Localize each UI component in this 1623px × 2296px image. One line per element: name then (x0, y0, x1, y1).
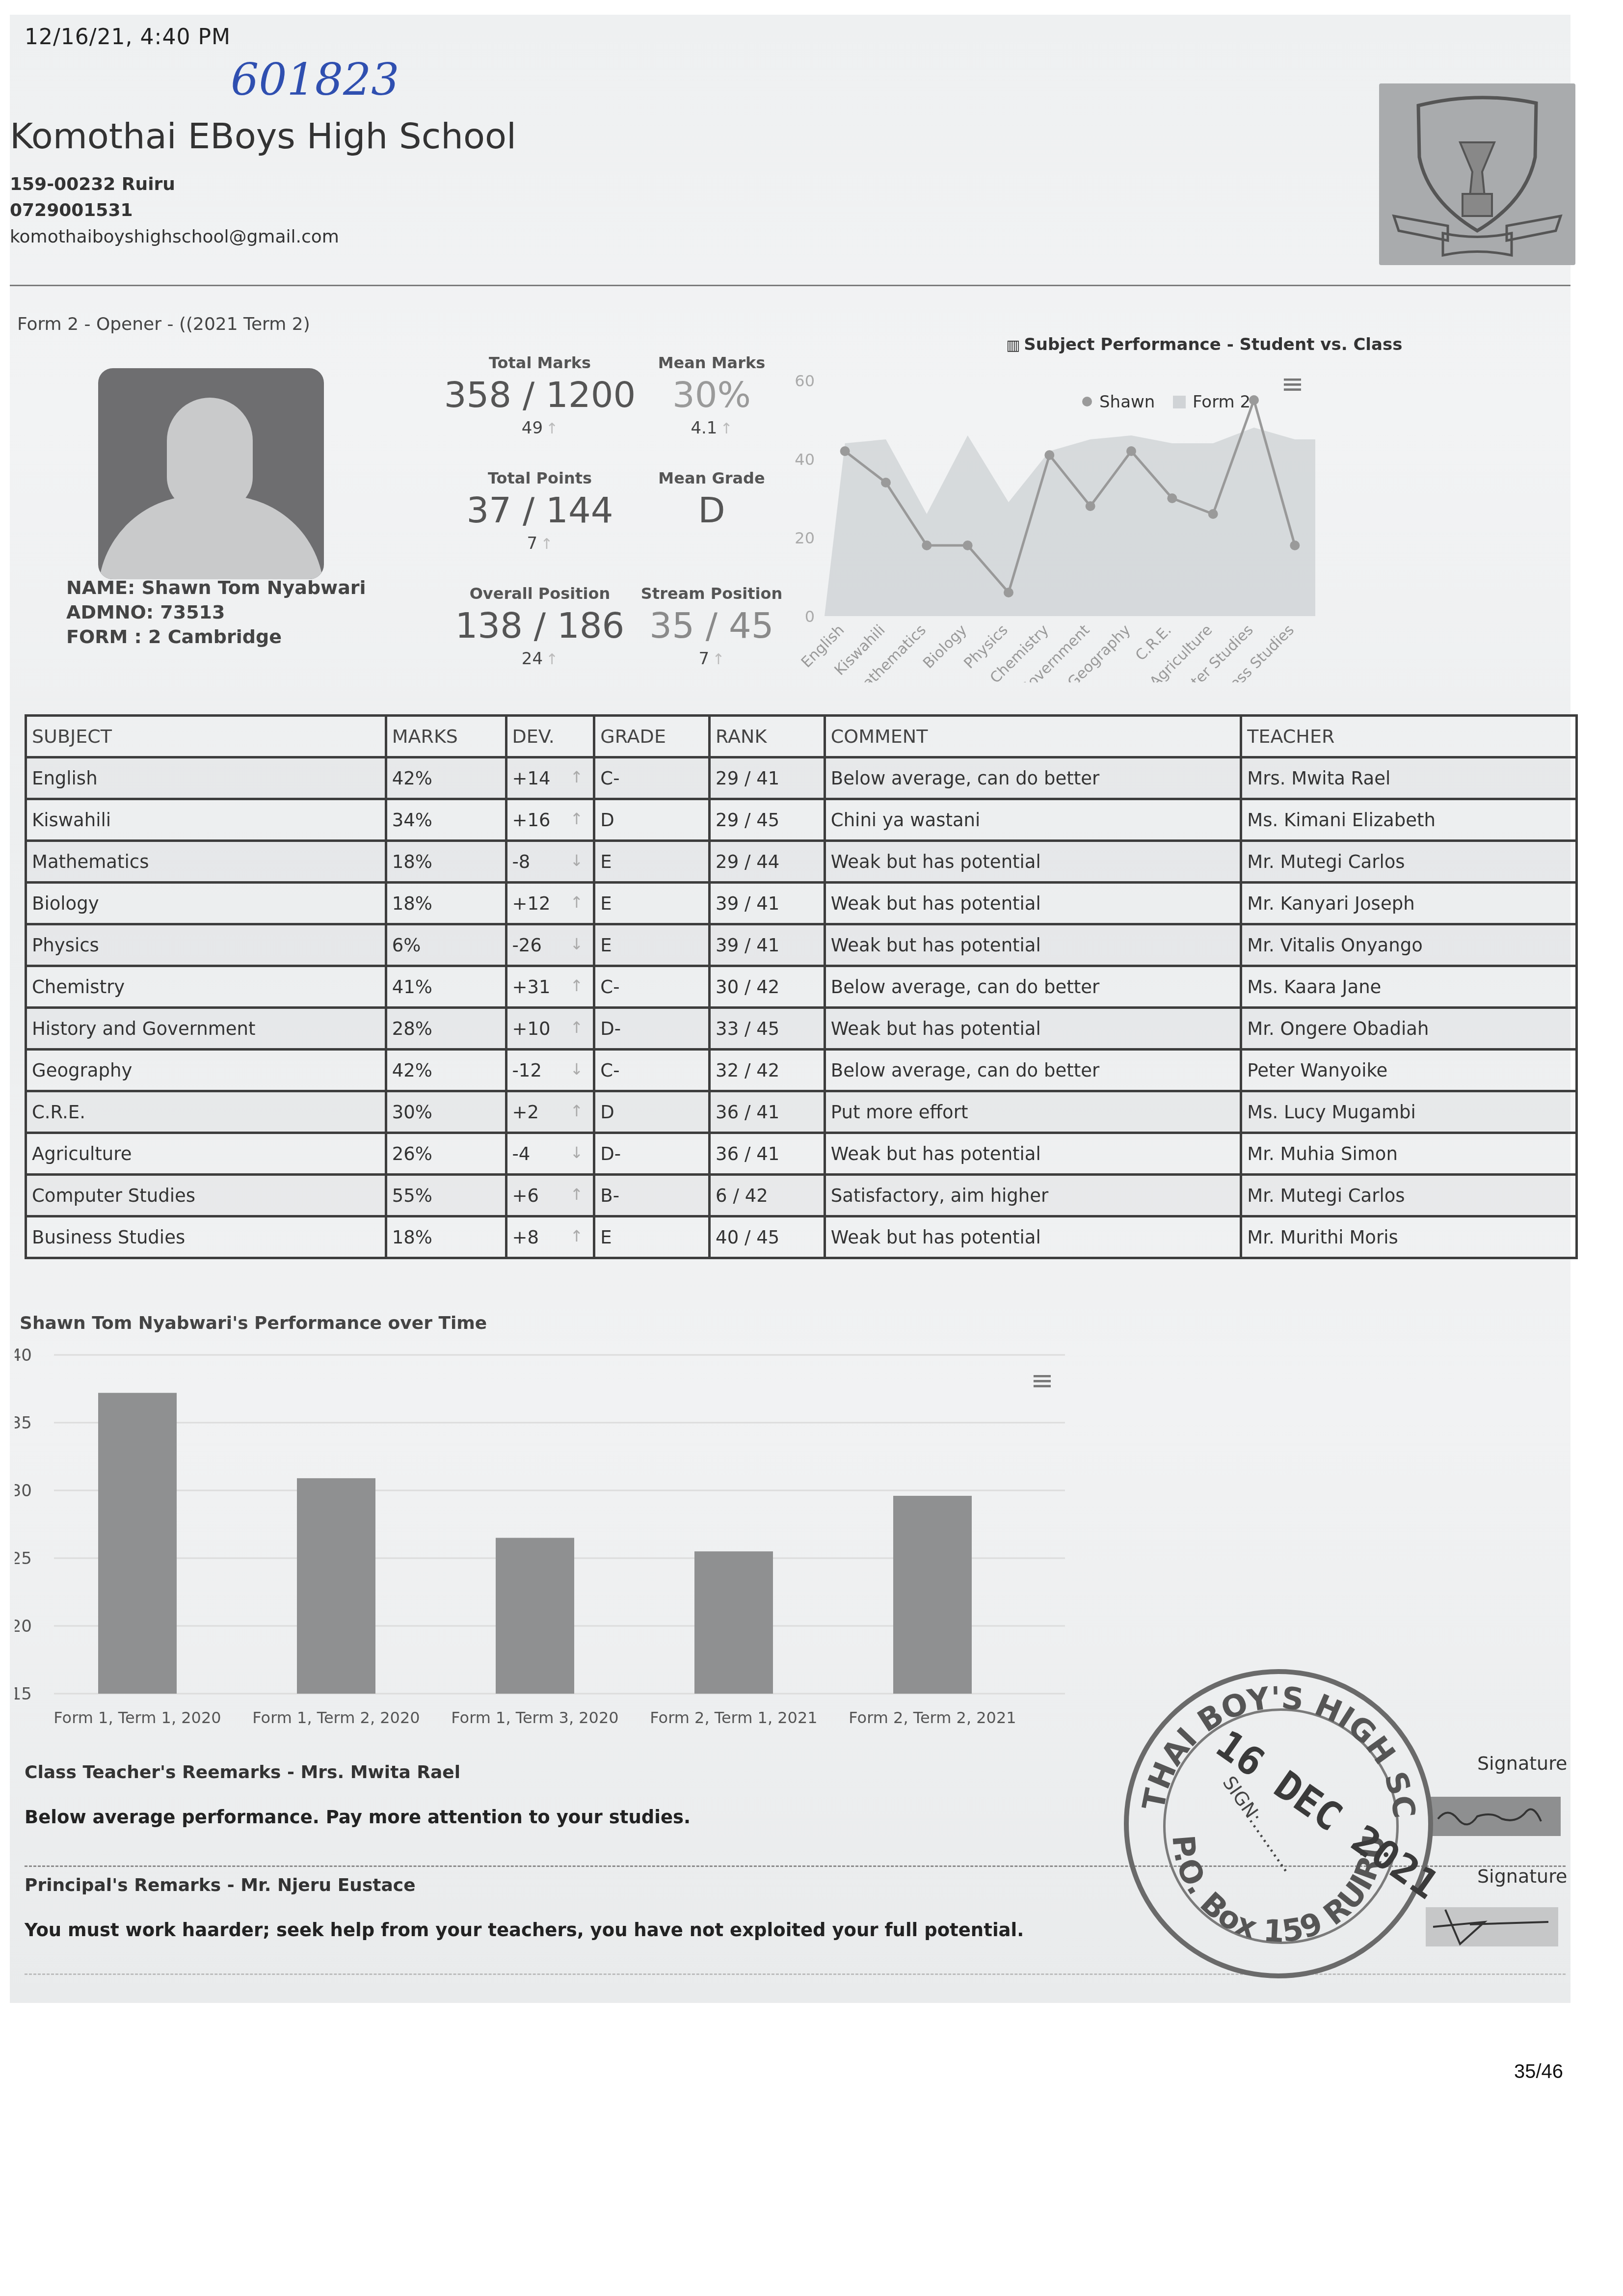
cell-marks: 41% (386, 966, 506, 1008)
svg-text:40: 40 (15, 1346, 32, 1365)
cell-comment: Chini ya wastani (825, 799, 1241, 841)
page-number: 35/46 (1514, 2061, 1563, 2083)
cell-marks-text: 55% (392, 1185, 432, 1206)
cell-dev-text: -26 (512, 935, 542, 956)
cell-marks-text: 30% (392, 1102, 432, 1123)
cell-marks-text: 6% (392, 935, 421, 956)
stat-sub: 24 (522, 649, 543, 669)
cell-dev: +31↑ (506, 966, 594, 1008)
cell-subject-text: C.R.E. (32, 1102, 85, 1123)
arrow-up-icon: ↑ (540, 536, 553, 553)
cell-subject-text: Kiswahili (32, 810, 111, 831)
arrow-up-icon: ↑ (570, 810, 584, 828)
cell-subject-text: Agriculture (32, 1143, 132, 1164)
class-teacher-remarks: Below average performance. Pay more atte… (25, 1807, 691, 1828)
table-row: Geography42%-12↓C-32 / 42Below average, … (26, 1050, 1577, 1091)
student-admno: ADMNO: 73513 (66, 601, 225, 623)
cell-subject: History and Government (26, 1008, 386, 1050)
cell-rank-text: 30 / 42 (716, 976, 779, 998)
cell-subject: Geography (26, 1050, 386, 1091)
arrow-down-icon: ↓ (570, 1060, 584, 1079)
stat-label: Mean Grade (609, 469, 815, 487)
cell-subject-text: Business Studies (32, 1227, 185, 1248)
cell-grade-text: E (600, 851, 612, 872)
cell-rank: 29 / 41 (710, 757, 825, 799)
class-teacher-signature (1428, 1797, 1561, 1836)
cell-grade: C- (594, 757, 710, 799)
cell-teacher: Mr. Vitalis Onyango (1241, 924, 1577, 966)
cell-comment: Weak but has potential (825, 1008, 1241, 1050)
cell-grade-text: D- (600, 1018, 621, 1039)
svg-text:Form 1, Term 1, 2020: Form 1, Term 1, 2020 (53, 1708, 221, 1727)
cell-subject-text: Physics (32, 935, 99, 956)
cell-subject: Chemistry (26, 966, 386, 1008)
cell-comment-text: Weak but has potential (831, 935, 1041, 956)
cell-marks-text: 34% (392, 810, 432, 831)
svg-text:15: 15 (15, 1684, 32, 1704)
cell-comment-text: Weak but has potential (831, 1018, 1041, 1039)
cell-teacher: Ms. Lucy Mugambi (1241, 1091, 1577, 1133)
header-marks: MARKS (386, 716, 506, 757)
cell-teacher-text: Mr. Ongere Obadiah (1247, 1018, 1429, 1039)
arrow-up-icon: ↑ (546, 420, 558, 437)
table-row: Agriculture26%-4↓D-36 / 41Weak but has p… (26, 1133, 1577, 1175)
cell-rank: 29 / 45 (710, 799, 825, 841)
cell-subject: C.R.E. (26, 1091, 386, 1133)
stat-value: D (609, 489, 815, 531)
svg-text:35: 35 (15, 1413, 32, 1433)
cell-marks: 6% (386, 924, 506, 966)
line-chart-title: ▥Subject Performance - Student vs. Class (1006, 335, 1402, 354)
arrow-down-icon: ↓ (570, 851, 584, 870)
svg-text:Form 2: Form 2 (1193, 392, 1251, 412)
cell-subject: Kiswahili (26, 799, 386, 841)
cell-marks-text: 18% (392, 851, 432, 872)
cell-rank-text: 29 / 45 (716, 810, 779, 831)
cell-grade: D (594, 1091, 710, 1133)
principal-signature (1426, 1907, 1558, 1946)
cell-dev: +6↑ (506, 1175, 594, 1216)
cell-rank-text: 39 / 41 (716, 935, 779, 956)
cell-subject-text: Computer Studies (32, 1185, 195, 1206)
cell-comment: Weak but has potential (825, 1133, 1241, 1175)
cell-teacher-text: Ms. Kimani Elizabeth (1247, 810, 1436, 831)
cell-comment: Weak but has potential (825, 841, 1241, 883)
cell-marks: 26% (386, 1133, 506, 1175)
cell-comment-text: Below average, can do better (831, 1060, 1099, 1081)
cell-teacher: Mr. Ongere Obadiah (1241, 1008, 1577, 1050)
table-row: Chemistry41%+31↑C-30 / 42Below average, … (26, 966, 1577, 1008)
cell-rank-text: 29 / 44 (716, 851, 779, 872)
cell-rank: 39 / 41 (710, 883, 825, 924)
cell-rank: 6 / 42 (710, 1175, 825, 1216)
cell-marks: 18% (386, 1216, 506, 1258)
cell-comment: Below average, can do better (825, 966, 1241, 1008)
school-stamp: KOMOTHAI BOY'S HIGH SCHOOL P.O. Box 159 … (1124, 1669, 1433, 1978)
table-row: Mathematics18%-8↓E29 / 44Weak but has po… (26, 841, 1577, 883)
cell-comment-text: Weak but has potential (831, 851, 1041, 872)
school-email: komothaiboyshighschool@gmail.com (10, 227, 339, 247)
subject-performance-chart: 0204060EnglishKiswahiliMathematicsBiolog… (790, 358, 1355, 682)
arrow-up-icon: ↑ (720, 420, 732, 437)
cell-marks: 42% (386, 1050, 506, 1091)
arrow-up-icon: ↑ (546, 651, 558, 668)
cell-dev-text: +10 (512, 1018, 551, 1039)
cell-teacher: Mrs. Mwita Rael (1241, 757, 1577, 799)
arrow-up-icon: ↑ (570, 1185, 584, 1204)
cell-dev: -8↓ (506, 841, 594, 883)
cell-grade: B- (594, 1175, 710, 1216)
cell-dev-text: +8 (512, 1227, 539, 1248)
arrow-up-icon: ↑ (570, 893, 584, 912)
header-teacher: TEACHER (1241, 716, 1577, 757)
svg-text:40: 40 (795, 450, 815, 469)
cell-subject: English (26, 757, 386, 799)
cell-grade: E (594, 1216, 710, 1258)
stat-mean-grade: Mean Grade D (609, 469, 815, 531)
cell-teacher: Mr. Muhia Simon (1241, 1133, 1577, 1175)
cell-grade: D- (594, 1008, 710, 1050)
stat-mean-marks: Mean Marks 30% 4.1↑ (609, 353, 815, 438)
cell-grade-text: E (600, 935, 612, 956)
table-row: Computer Studies55%+6↑B-6 / 42Satisfacto… (26, 1175, 1577, 1216)
stat-value: 35 / 45 (609, 605, 815, 646)
school-crest-icon (1379, 83, 1575, 265)
cell-grade: E (594, 924, 710, 966)
table-row: History and Government28%+10↑D-33 / 45We… (26, 1008, 1577, 1050)
student-form: FORM : 2 Cambridge (66, 626, 282, 648)
cell-dev-text: +14 (512, 768, 551, 789)
cell-marks: 55% (386, 1175, 506, 1216)
cell-subject-text: History and Government (32, 1018, 256, 1039)
results-table: SUBJECT MARKS DEV. GRADE RANK COMMENT TE… (25, 714, 1578, 1259)
table-row: Physics6%-26↓E39 / 41Weak but has potent… (26, 924, 1577, 966)
cell-subject: Business Studies (26, 1216, 386, 1258)
cell-teacher-text: Mr. Muhia Simon (1247, 1143, 1398, 1164)
cell-grade: C- (594, 1050, 710, 1091)
cell-comment: Below average, can do better (825, 757, 1241, 799)
footer-divider (25, 1973, 1566, 1975)
table-row: C.R.E.30%+2↑D36 / 41Put more effortMs. L… (26, 1091, 1577, 1133)
cell-rank: 30 / 42 (710, 966, 825, 1008)
arrow-up-icon: ↑ (570, 1018, 584, 1037)
line-chart-title-text: Subject Performance - Student vs. Class (1024, 335, 1402, 354)
cell-dev-text: +16 (512, 810, 551, 831)
cell-rank: 36 / 41 (710, 1133, 825, 1175)
cell-subject: Physics (26, 924, 386, 966)
cell-comment: Below average, can do better (825, 1050, 1241, 1091)
cell-dev-text: -8 (512, 851, 531, 872)
cell-teacher-text: Mr. Mutegi Carlos (1247, 851, 1405, 872)
cell-subject: Biology (26, 883, 386, 924)
svg-text:Form 2, Term 2, 2021: Form 2, Term 2, 2021 (849, 1708, 1016, 1727)
cell-teacher-text: Mr. Kanyari Joseph (1247, 893, 1414, 914)
avatar-placeholder-icon (98, 368, 324, 579)
handwritten-reference: 601823 (231, 54, 399, 106)
arrow-up-icon: ↑ (570, 1102, 584, 1120)
cell-rank: 33 / 45 (710, 1008, 825, 1050)
svg-text:25: 25 (15, 1549, 32, 1568)
cell-marks-text: 28% (392, 1018, 432, 1039)
cell-rank-text: 29 / 41 (716, 768, 779, 789)
cell-teacher-text: Mr. Vitalis Onyango (1247, 935, 1423, 956)
cell-dev: +14↑ (506, 757, 594, 799)
print-datetime: 12/16/21, 4:40 PM (25, 25, 231, 50)
cell-grade-text: B- (600, 1185, 619, 1206)
header-rank: RANK (710, 716, 825, 757)
student-name: NAME: Shawn Tom Nyabwari (66, 577, 366, 598)
cell-dev: +10↑ (506, 1008, 594, 1050)
stat-sub: 49 (522, 418, 543, 438)
arrow-up-icon: ↑ (570, 1227, 584, 1245)
svg-text:0: 0 (805, 607, 815, 626)
school-phone: 0729001531 (10, 200, 133, 220)
svg-text:Shawn: Shawn (1099, 392, 1155, 412)
table-row: Business Studies18%+8↑E40 / 45Weak but h… (26, 1216, 1577, 1258)
cell-grade-text: C- (600, 976, 619, 998)
cell-marks: 18% (386, 883, 506, 924)
cell-comment: Put more effort (825, 1091, 1241, 1133)
cell-rank: 36 / 41 (710, 1091, 825, 1133)
exam-title: Form 2 - Opener - ((2021 Term 2) (17, 314, 310, 334)
cell-dev: -12↓ (506, 1050, 594, 1091)
cell-comment-text: Below average, can do better (831, 976, 1099, 998)
svg-text:Form 2, Term 1, 2021: Form 2, Term 1, 2021 (650, 1708, 817, 1727)
cell-dev: +12↑ (506, 883, 594, 924)
bar-chart-icon: ▥ (1006, 337, 1020, 354)
svg-text:20: 20 (795, 529, 815, 547)
cell-rank-text: 36 / 41 (716, 1102, 779, 1123)
cell-comment: Satisfactory, aim higher (825, 1175, 1241, 1216)
cell-marks: 34% (386, 799, 506, 841)
cell-teacher-text: Mr. Mutegi Carlos (1247, 1185, 1405, 1206)
cell-grade-text: E (600, 893, 612, 914)
cell-marks: 28% (386, 1008, 506, 1050)
cell-comment-text: Chini ya wastani (831, 810, 981, 831)
cell-dev: +16↑ (506, 799, 594, 841)
school-name: Komothai EBoys High School (10, 115, 516, 157)
cell-marks: 30% (386, 1091, 506, 1133)
cell-grade: D- (594, 1133, 710, 1175)
cell-dev-text: -12 (512, 1060, 542, 1081)
table-header-row: SUBJECT MARKS DEV. GRADE RANK COMMENT TE… (26, 716, 1577, 757)
cell-dev: -4↓ (506, 1133, 594, 1175)
stat-sub: 7 (699, 649, 710, 669)
class-teacher-remarks-heading: Class Teacher's Reemarks - Mrs. Mwita Ra… (25, 1762, 460, 1783)
cell-dev-text: +12 (512, 893, 551, 914)
arrow-up-icon: ↑ (570, 976, 584, 995)
cell-teacher: Mr. Mutegi Carlos (1241, 1175, 1577, 1216)
svg-text:60: 60 (795, 372, 815, 390)
principal-signature-label: Signature (1477, 1865, 1567, 1887)
cell-comment-text: Weak but has potential (831, 1143, 1041, 1164)
cell-comment: Weak but has potential (825, 1216, 1241, 1258)
cell-dev-text: +6 (512, 1185, 539, 1206)
cell-marks-text: 18% (392, 893, 432, 914)
cell-rank: 39 / 41 (710, 924, 825, 966)
arrow-up-icon: ↑ (712, 651, 724, 668)
cell-comment-text: Below average, can do better (831, 768, 1099, 789)
cell-teacher-text: Peter Wanyoike (1247, 1060, 1387, 1081)
svg-text:20: 20 (15, 1617, 32, 1636)
cell-dev: +8↑ (506, 1216, 594, 1258)
cell-teacher: Ms. Kimani Elizabeth (1241, 799, 1577, 841)
svg-text:Form 1, Term 3, 2020: Form 1, Term 3, 2020 (451, 1708, 618, 1727)
cell-teacher: Ms. Kaara Jane (1241, 966, 1577, 1008)
cell-marks: 18% (386, 841, 506, 883)
cell-grade-text: E (600, 1227, 612, 1248)
cell-subject-text: Geography (32, 1060, 132, 1081)
cell-comment-text: Weak but has potential (831, 1227, 1041, 1248)
cell-marks-text: 26% (392, 1143, 432, 1164)
cell-subject: Agriculture (26, 1133, 386, 1175)
cell-grade-text: C- (600, 768, 619, 789)
cell-marks-text: 18% (392, 1227, 432, 1248)
cell-dev-text: -4 (512, 1143, 531, 1164)
arrow-down-icon: ↓ (570, 935, 584, 953)
cell-rank-text: 33 / 45 (716, 1018, 779, 1039)
svg-text:Biology: Biology (920, 621, 970, 672)
cell-grade: C- (594, 966, 710, 1008)
stat-label: Mean Marks (609, 353, 815, 372)
cell-teacher: Peter Wanyoike (1241, 1050, 1577, 1091)
cell-dev-text: +2 (512, 1102, 539, 1123)
bar-chart-title: Shawn Tom Nyabwari's Performance over Ti… (20, 1313, 487, 1333)
header-divider (10, 285, 1570, 286)
cell-marks-text: 41% (392, 976, 432, 998)
cell-rank: 29 / 44 (710, 841, 825, 883)
cell-comment: Weak but has potential (825, 883, 1241, 924)
stat-stream-position: Stream Position 35 / 45 7↑ (609, 584, 815, 669)
cell-teacher: Mr. Murithi Moris (1241, 1216, 1577, 1258)
cell-rank-text: 6 / 42 (716, 1185, 768, 1206)
header-subject: SUBJECT (26, 716, 386, 757)
cell-subject-text: Biology (32, 893, 99, 914)
cell-rank-text: 40 / 45 (716, 1227, 779, 1248)
table-row: English42%+14↑C-29 / 41Below average, ca… (26, 757, 1577, 799)
cell-grade-text: D- (600, 1143, 621, 1164)
stat-label: Stream Position (609, 584, 815, 603)
cell-grade-text: D (600, 810, 614, 831)
cell-grade-text: C- (600, 1060, 619, 1081)
cell-grade: E (594, 883, 710, 924)
table-row: Biology18%+12↑E39 / 41Weak but has poten… (26, 883, 1577, 924)
header-comment: COMMENT (825, 716, 1241, 757)
cell-comment-text: Satisfactory, aim higher (831, 1185, 1048, 1206)
cell-rank: 40 / 45 (710, 1216, 825, 1258)
school-address: 159-00232 Ruiru (10, 174, 175, 194)
cell-subject-text: English (32, 768, 98, 789)
cell-subject-text: Mathematics (32, 851, 149, 872)
cell-teacher-text: Mr. Murithi Moris (1247, 1227, 1398, 1248)
report-card-page: 12/16/21, 4:40 PM 601823 Komothai EBoys … (10, 15, 1570, 2003)
cell-dev-text: +31 (512, 976, 551, 998)
cell-grade-text: D (600, 1102, 614, 1123)
arrow-down-icon: ↓ (570, 1143, 584, 1162)
cell-comment-text: Weak but has potential (831, 893, 1041, 914)
cell-dev: +2↑ (506, 1091, 594, 1133)
arrow-up-icon: ↑ (570, 768, 584, 786)
cell-rank-text: 36 / 41 (716, 1143, 779, 1164)
cell-comment-text: Put more effort (831, 1102, 968, 1123)
cell-marks-text: 42% (392, 1060, 432, 1081)
stat-sub: 7 (527, 534, 538, 553)
principal-remarks-heading: Principal's Remarks - Mr. Njeru Eustace (25, 1875, 416, 1895)
svg-text:Form 1, Term 2, 2020: Form 1, Term 2, 2020 (252, 1708, 420, 1727)
cell-grade: E (594, 841, 710, 883)
cell-marks: 42% (386, 757, 506, 799)
cell-rank-text: 32 / 42 (716, 1060, 779, 1081)
cell-rank: 32 / 42 (710, 1050, 825, 1091)
cell-teacher-text: Ms. Kaara Jane (1247, 976, 1381, 998)
table-row: Kiswahili34%+16↑D29 / 45Chini ya wastani… (26, 799, 1577, 841)
header-dev: DEV. (506, 716, 594, 757)
performance-over-time-chart: 152025303540Form 1, Term 1, 2020Form 1, … (15, 1335, 1094, 1748)
cell-subject: Mathematics (26, 841, 386, 883)
principal-remarks: You must work haarder; seek help from yo… (25, 1919, 1024, 1941)
cell-grade: D (594, 799, 710, 841)
class-teacher-signature-label: Signature (1477, 1753, 1567, 1774)
cell-teacher: Mr. Kanyari Joseph (1241, 883, 1577, 924)
stat-value: 30% (609, 374, 815, 415)
cell-teacher-text: Ms. Lucy Mugambi (1247, 1102, 1415, 1123)
header-grade: GRADE (594, 716, 710, 757)
svg-text:30: 30 (15, 1481, 32, 1501)
cell-rank-text: 39 / 41 (716, 893, 779, 914)
cell-teacher: Mr. Mutegi Carlos (1241, 841, 1577, 883)
cell-subject-text: Chemistry (32, 976, 125, 998)
cell-comment: Weak but has potential (825, 924, 1241, 966)
cell-teacher-text: Mrs. Mwita Rael (1247, 768, 1390, 789)
cell-marks-text: 42% (392, 768, 432, 789)
cell-subject: Computer Studies (26, 1175, 386, 1216)
cell-dev: -26↓ (506, 924, 594, 966)
stat-sub: 4.1 (691, 418, 717, 438)
